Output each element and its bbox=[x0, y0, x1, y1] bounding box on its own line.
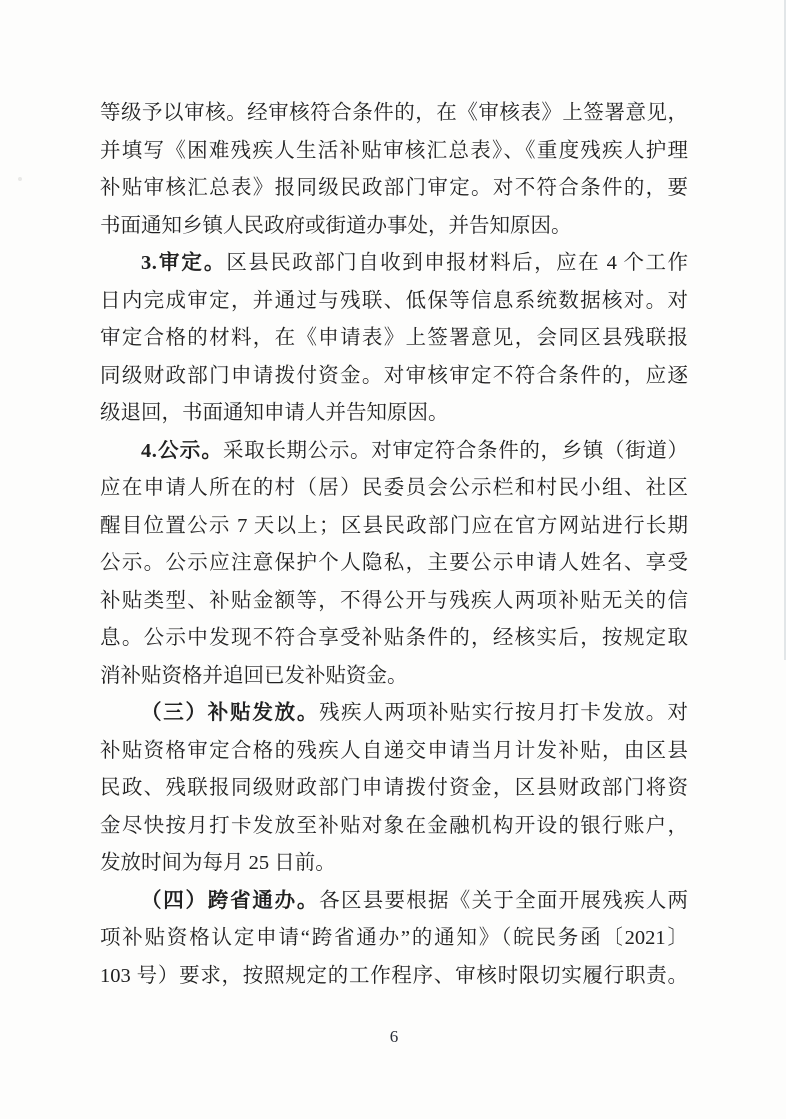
text-line: 项补贴资格认定申请“跨省通办”的通知》（皖民务函〔2021〕 bbox=[100, 920, 688, 958]
document-page: 等级予以审核。经审核符合条件的，在《审核表》上签署意见，并填写《困难残疾人生活补… bbox=[0, 0, 786, 1119]
text-line: 息。公示中发现不符合享受补贴条件的，经核实后，按规定取 bbox=[100, 620, 688, 658]
text-line: （三）补贴发放。残疾人两项补贴实行按月打卡发放。对 bbox=[100, 695, 688, 733]
scan-speck-artifact bbox=[18, 177, 22, 181]
text-line: 并填写《困难残疾人生活补贴审核汇总表》、《重度残疾人护理 bbox=[100, 133, 688, 171]
text-line: 同级财政部门申请拨付资金。对审核审定不符合条件的，应逐 bbox=[100, 358, 688, 396]
paragraph-bold-lead: （三）补贴发放。 bbox=[141, 702, 319, 724]
text-line: 金尽快按月打卡发放至补贴对象在金融机构开设的银行账户， bbox=[100, 808, 688, 846]
text-line: 4.公示。采取长期公示。对审定符合条件的，乡镇（街道） bbox=[100, 433, 688, 471]
text-line: 日内完成审定，并通过与残联、低保等信息系统数据核对。对 bbox=[100, 283, 688, 321]
text-line: 103 号）要求，按照规定的工作程序、审核时限切实履行职责。 bbox=[100, 958, 688, 996]
page-number: 6 bbox=[100, 1025, 688, 1049]
text-line: 3.审定。区县民政部门自收到申报材料后，应在 4 个工作 bbox=[100, 245, 688, 283]
text-line: 民政、残联报同级财政部门申请拨付资金，区县财政部门将资 bbox=[100, 770, 688, 808]
text-line: 醒目位置公示 7 天以上；区县民政部门应在官方网站进行长期 bbox=[100, 508, 688, 546]
paragraph-bold-lead: （四）跨省通办。 bbox=[141, 890, 319, 912]
text-line: 发放时间为每月 25 日前。 bbox=[100, 845, 688, 883]
text-line: 审定合格的材料，在《申请表》上签署意见，会同区县残联报 bbox=[100, 320, 688, 358]
paragraph-bold-lead: 4.公示。 bbox=[141, 440, 223, 462]
text-line: 应在申请人所在的村（居）民委员会公示栏和村民小组、社区 bbox=[100, 470, 688, 508]
text-line: 公示。公示应注意保护个人隐私，主要公示申请人姓名、享受 bbox=[100, 545, 688, 583]
text-line: 补贴审核汇总表》报同级民政部门审定。对不符合条件的，要 bbox=[100, 170, 688, 208]
text-line: 消补贴资格并追回已发补贴资金。 bbox=[100, 658, 688, 696]
text-line: 级退回，书面通知申请人并告知原因。 bbox=[100, 395, 688, 433]
text-line: 补贴类型、补贴金额等，不得公开与残疾人两项补贴无关的信 bbox=[100, 583, 688, 621]
text-line: 书面通知乡镇人民政府或街道办事处，并告知原因。 bbox=[100, 208, 688, 246]
text-line: 等级予以审核。经审核符合条件的，在《审核表》上签署意见， bbox=[100, 95, 688, 133]
paragraph-bold-lead: 3.审定。 bbox=[141, 252, 226, 274]
text-line: 补贴资格审定合格的残疾人自递交申请当月计发补贴，由区县 bbox=[100, 733, 688, 771]
text-line: （四）跨省通办。各区县要根据《关于全面开展残疾人两 bbox=[100, 883, 688, 921]
document-body-text: 等级予以审核。经审核符合条件的，在《审核表》上签署意见，并填写《困难残疾人生活补… bbox=[100, 95, 688, 995]
